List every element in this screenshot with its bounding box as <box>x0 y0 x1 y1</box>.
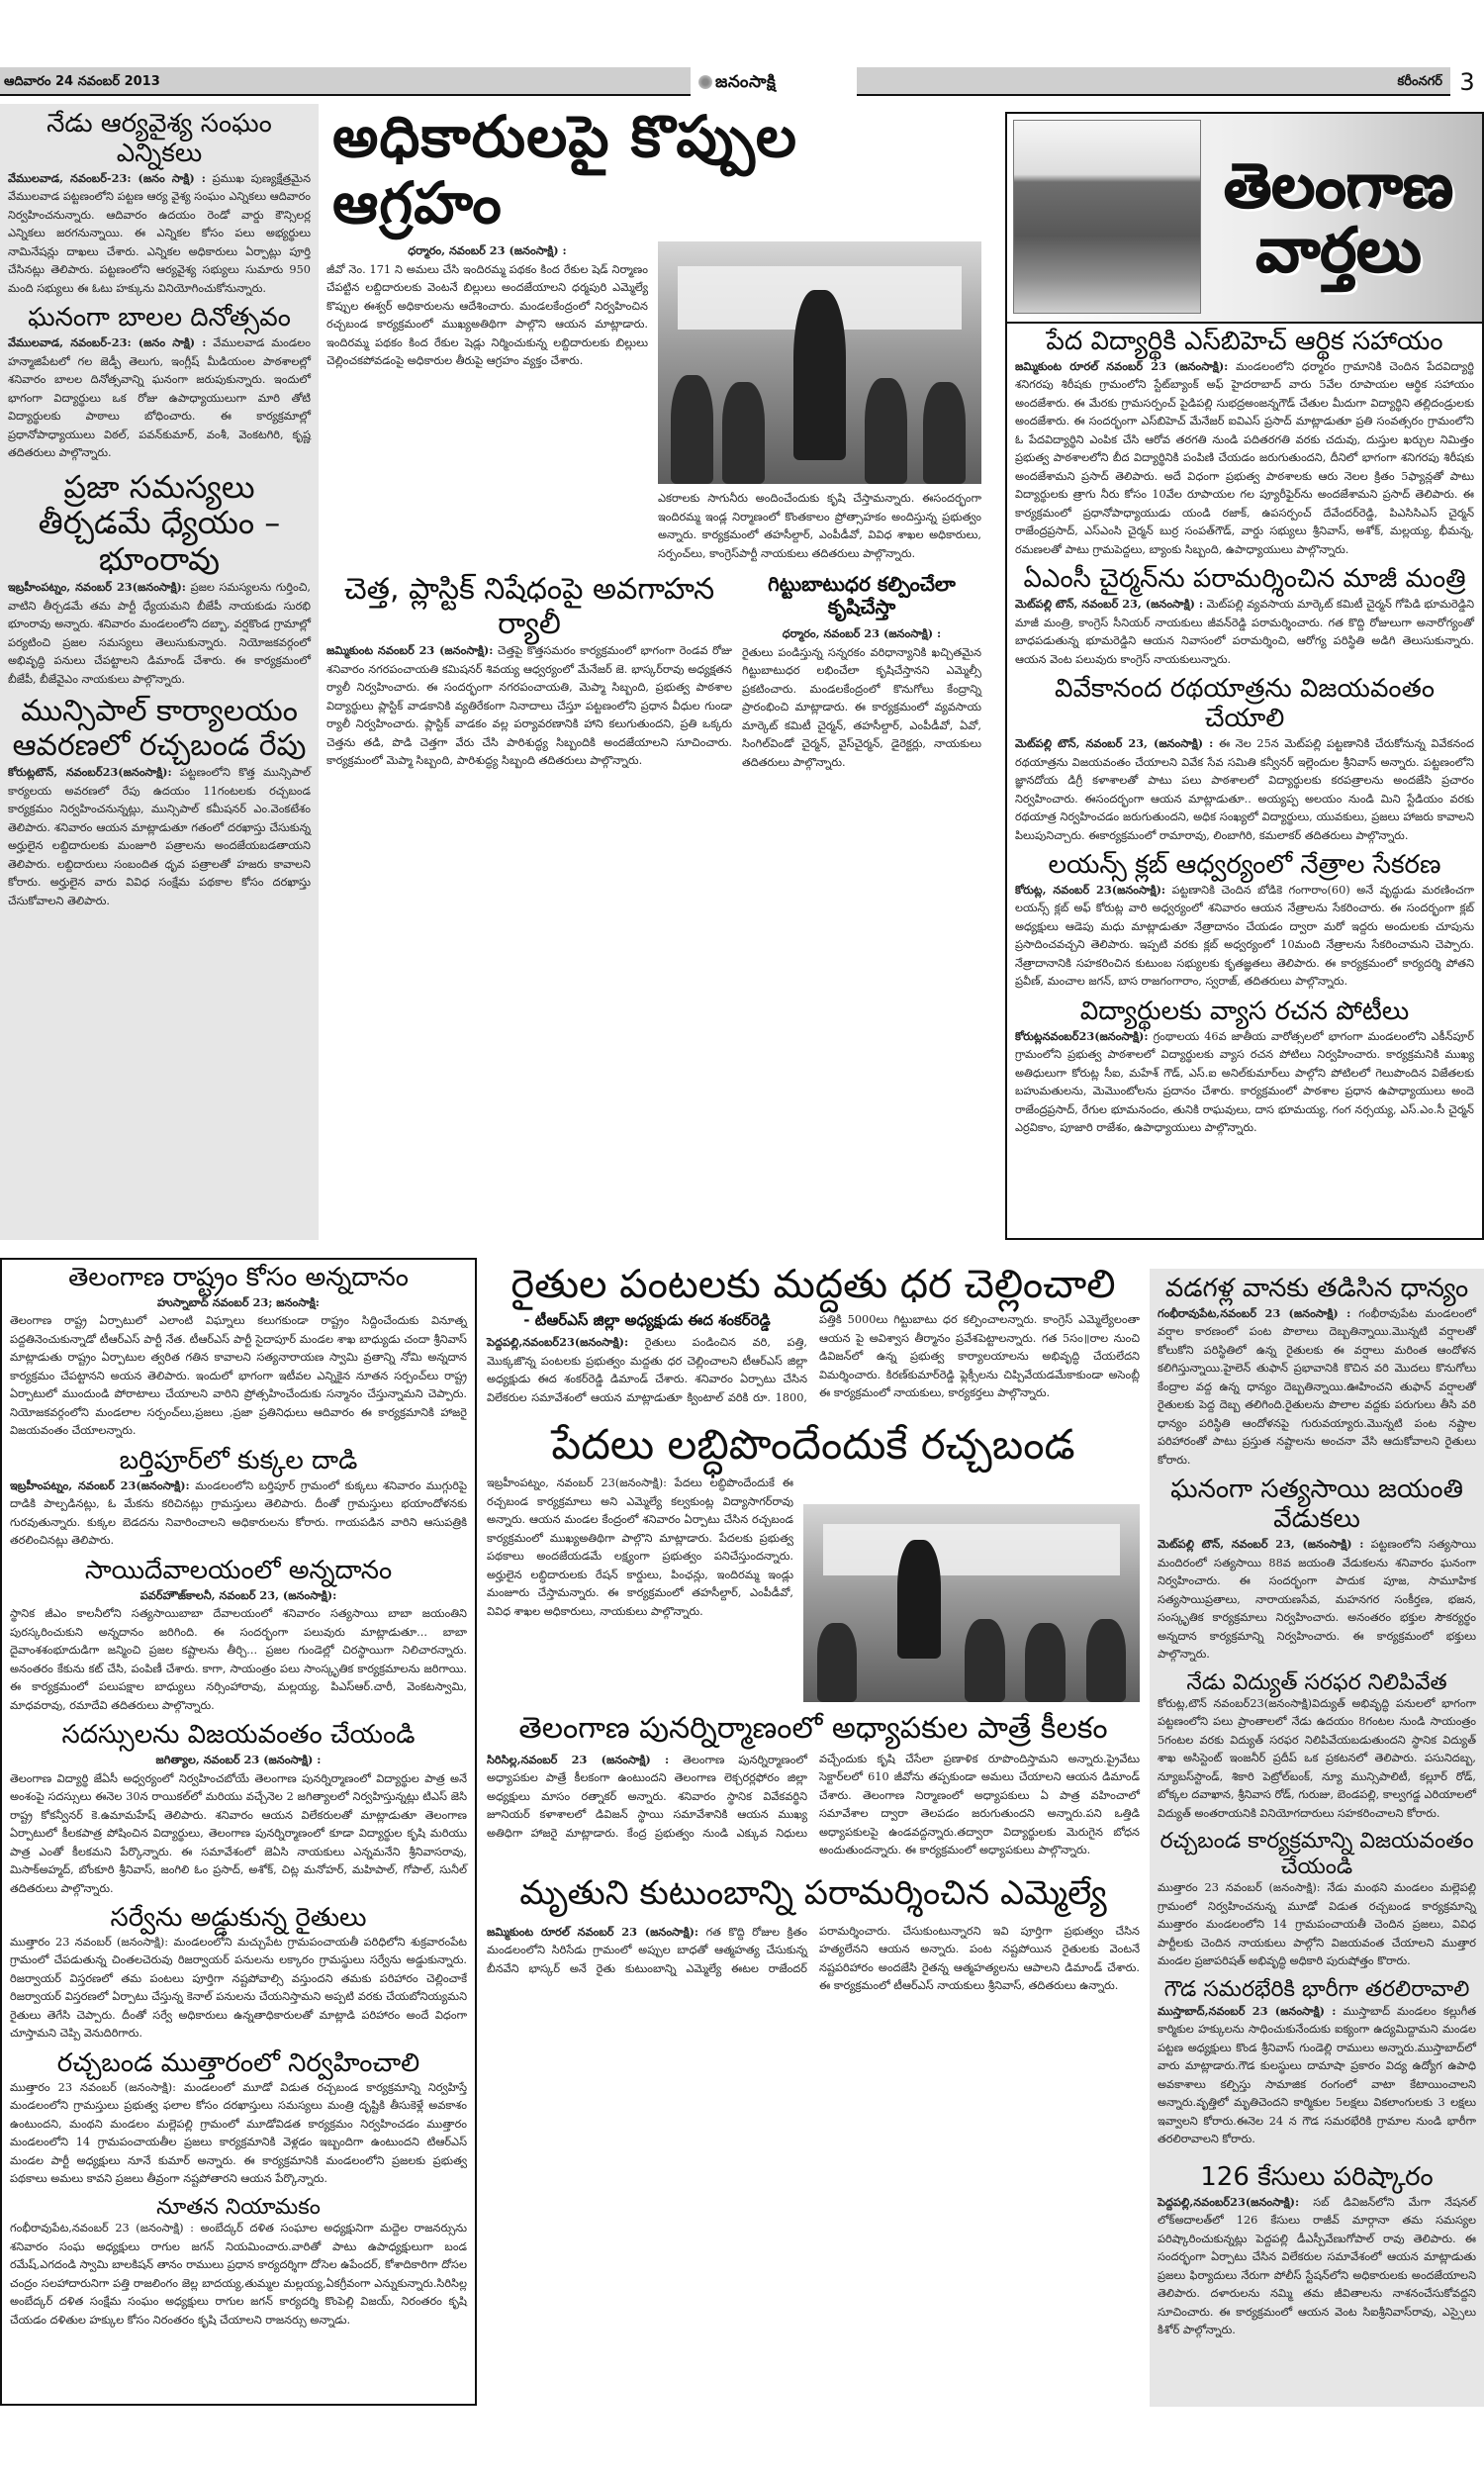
issue-date: ఆదివారం 24 నవంబర్ 2013 <box>4 74 160 92</box>
page-number: 3 <box>1450 67 1484 98</box>
news-story: పేదలు లబ్ధిపొందేందుకే రచ్చబండ ఇబ్రహీంపట్… <box>487 1421 1140 1702</box>
story-headline: రైతుల పంటలకు మద్దతు ధర చెల్లించాలి <box>487 1262 1140 1307</box>
story-body: వేములవాడ మండలం హన్మాజిపేటలో గల జెడ్పీ తె… <box>8 336 311 459</box>
story-headline: నేడు ఆర్యవైశ్య సంఘం ఎన్నికలు <box>8 110 311 169</box>
story-headline: నూతన నియామకం <box>10 2195 467 2220</box>
news-story: చెత్త, ప్లాస్టిక్ నిషేధంపై అవగాహన ర్యాలీ… <box>326 573 732 772</box>
news-story: రచ్చబండ కార్యక్రమాన్ని విజయవంతం చేయండి మ… <box>1158 1829 1476 1970</box>
news-story: తెలంగాణ పునర్నిర్మాణంలో అధ్యాపకుల పాత్రే… <box>487 1712 1140 1860</box>
story-dateline: పెద్దపల్లి,నవంబర్23(జనంసాక్షి): <box>1158 2195 1299 2209</box>
story-headline: బర్తిపూర్‌లో కుక్కల దాడి <box>10 1447 467 1476</box>
section-title-line2: వార్తలు <box>1201 218 1476 282</box>
brand-logo-icon <box>698 75 712 89</box>
story-body: మండలంలోని ధర్మారం గ్రామానికి చెందిన పేదవ… <box>1015 360 1474 556</box>
story-headline: పేద విద్యార్థికి ఎస్‌బిహెచ్ ఆర్థిక సహాయం <box>1015 328 1474 357</box>
news-story: సాయిదేవాలయంలో అన్నదానం పవర్‌హౌజ్‌కాలనీ, … <box>10 1557 467 1715</box>
story-dateline: పెద్దపల్లి,నవంబర్23(జనంసాక్షి): <box>487 1335 628 1349</box>
story-headline: మృతుని కుటుంబాన్ని పరామర్శించిన ఎమ్మెల్య… <box>487 1874 1140 1913</box>
story-body: మండలంలో మూడో విడుత రచ్చబండ కార్యక్రమాన్న… <box>10 2081 467 2186</box>
story-body: సబ్ డివిజన్‌లోని మేగా నేషనల్ లోక్‌అదాలత్… <box>1158 2196 1476 2337</box>
rachabanda-photo <box>803 1504 1140 1702</box>
story-dateline: ముత్తారం 23 నవంబర్ (జనంసాక్షి): <box>10 2081 176 2094</box>
story-headline: ఘనంగా బాలల దినోత్సవం <box>8 304 311 333</box>
story-headline: విద్యార్థులకు వ్యాస రచన పోటీలు <box>1015 998 1474 1027</box>
story-dateline: ధర్మారం, నవంబర్ 23 (జనంసాక్షి) : <box>783 626 941 640</box>
news-story: గౌడ సమరభేరికి భారీగా తరలిరావాలి ముస్తాబా… <box>1158 1977 1476 2149</box>
story-body: చెత్తపై కొత్తసమరం కార్యక్రమంలో భాగంగా రె… <box>326 644 732 767</box>
section-title-line1: తెలంగాణ <box>1201 153 1476 218</box>
story-dateline: ధర్మారం, నవంబర్ 23 (జనంసాక్షి) : <box>408 243 566 257</box>
news-story: వివేకానంద రథయాత్రను విజయవంతం చేయాలి మెట్… <box>1015 675 1474 845</box>
story-dateline: ముత్తారం 23 నవంబర్ (జనంసాక్షి): <box>10 1936 168 1949</box>
story-body: పట్టణంలోని సత్యసాయి మందిరంలో సత్యసాయి 88… <box>1158 1538 1476 1661</box>
news-story: రైతుల పంటలకు మద్దతు ధర చెల్లించాలి - టీఆ… <box>487 1262 1140 1407</box>
story-body: విద్యుత్ అభివృద్ధి పనులలో భాగంగా పట్టణంల… <box>1158 1697 1476 1820</box>
story-dateline: వేములవాడ, నవంబర్-23: (జనం సాక్షి) : <box>8 171 206 185</box>
story-dateline: జమ్మికుంట రూరల్ నవంబర్ 23 (జనంసాక్షి): <box>487 1925 698 1939</box>
story-body: ప్రముఖ పుణ్యక్షేత్రమైన వేములవాడ పట్టణంలో… <box>8 172 311 295</box>
story-dateline: గంభీరావుపేట,నవంబర్ 23 (జనంసాక్షి) : <box>10 2222 194 2235</box>
lead-headline: అధికారులపై కొప్పుల ఆగ్రహం <box>326 104 981 236</box>
story-headline: రచ్చబండ ముత్తారంలో నిర్వహించాలి <box>10 2049 467 2079</box>
news-story: ప్రజా సమస్యలు తీర్చడమే ధ్యేయం – భూంరావు … <box>8 469 311 689</box>
story-body: మండలంలోని మచ్చుపేట గ్రామపంచాయతీ పరిధిలోన… <box>10 1936 467 2041</box>
story-body: ప్రజల సమస్యలను గుర్తించి, వాటిని తీర్చడమ… <box>8 581 311 686</box>
story-body: పట్టణంలోని కొత్త మున్సిపాల్ కార్యలయ అవరణ… <box>8 766 311 907</box>
story-dateline: వేములవాడ, నవంబర్-23: (జనం సాక్షి) : <box>8 335 206 349</box>
news-story: మున్సిపాల్ కార్యాలయం ఆవరణలో రచ్చబండ రేపు… <box>8 695 311 910</box>
story-dateline: కోరుట్ల,టౌన్ నవంబర్23(జనంసాక్షి) <box>1158 1697 1312 1710</box>
story-dateline: ఇబ్రహీంపట్నం, నవంబర్ 23(జనంసాక్షి): <box>487 1476 667 1489</box>
masthead-bar: ఆదివారం 24 నవంబర్ 2013 జనంసాక్షి కరీంనగర… <box>0 67 1484 96</box>
news-story: గిట్టుబాటుధర కల్పించేలా కృషిచేస్తా ధర్మా… <box>742 573 981 772</box>
news-story: నేడు విద్యుత్ సరఫర నిలిపివేత కోరుట్ల,టౌన… <box>1158 1670 1476 1824</box>
news-story: 126 కేసులు పరిష్కారం పెద్దపల్లి,నవంబర్23… <box>1158 2163 1476 2340</box>
story-body: తెలంగాణ పునర్నిర్మాణంలో అధ్యాపకుల పాత్రే… <box>487 1753 1140 1857</box>
news-story: విద్యార్థులకు వ్యాస రచన పోటీలు కోరుట్లనవ… <box>1015 998 1474 1138</box>
bottom-right-column: వడగళ్ల వానకు తడిసిన ధాన్యం గంభీరావుపేట,న… <box>1150 1269 1484 2407</box>
bottom-left-box: తెలంగాణ రాష్ట్రం కోసం అన్నదానం హుస్నాబాద… <box>0 1258 477 2406</box>
story-dateline: ఇబ్రహీంపట్నం, నవంబర్ 23(జనంసాక్షి): <box>8 580 186 594</box>
story-headline: గిట్టుబాటుధర కల్పించేలా కృషిచేస్తా <box>742 573 981 618</box>
story-headline: ఘనంగా సత్యసాయి జయంతి వేడుకలు <box>1158 1475 1476 1535</box>
story-headline: నేడు విద్యుత్ సరఫర నిలిపివేత <box>1158 1670 1476 1695</box>
story-body: గ్రంథాలయ 46వ జాతీయ వారోత్సలలో భాగంగా మండ… <box>1015 1030 1474 1135</box>
story-subhead: - టీఆర్ఎస్ జిల్లా అధ్యక్షుడు ఈద శంకర్‌రె… <box>487 1311 807 1333</box>
news-story: ఘనంగా సత్యసాయి జయంతి వేడుకలు మెట్‌పల్లి … <box>1158 1475 1476 1664</box>
story-headline: వడగళ్ల వానకు తడిసిన ధాన్యం <box>1158 1275 1476 1304</box>
story-body: అంబేద్కర్ దళిత సంఘాల అధ్యక్షునిగా మద్దెల… <box>10 2222 467 2327</box>
story-headline: సర్వేను అడ్డుకున్న రైతులు <box>10 1904 467 1934</box>
telangana-news-box: తెలంగాణ వార్తలు పేద విద్యార్థికి ఎస్‌బిహ… <box>1005 112 1484 1240</box>
story-headline: తెలంగాణ పునర్నిర్మాణంలో అధ్యాపకుల పాత్రే… <box>487 1712 1140 1747</box>
bottom-center-section: రైతుల పంటలకు మద్దతు ధర చెల్లించాలి - టీఆ… <box>487 1262 1140 2410</box>
brand-name: జనంసాక్షి <box>715 72 776 92</box>
story-headline: వివేకానంద రథయాత్రను విజయవంతం చేయాలి <box>1015 675 1474 734</box>
edition-city: కరీంనగర్ <box>1397 74 1442 92</box>
story-dateline: గంభీరావుపేట,నవంబర్ 23 (జనంసాక్షి) : <box>1158 1306 1350 1320</box>
story-dateline: కోరుట్ల, నవంబర్ 23(జనంసాక్షి): <box>1015 883 1165 897</box>
story-body: ఎకరాలకు సాగునీరు అందించేందుకు కృషి చేస్త… <box>658 490 981 563</box>
story-body: నేడు మంథని మండలం మల్లెపల్లి గ్రామంలో నిర… <box>1158 1881 1476 1967</box>
story-dateline: మెట్‌పల్లి టౌన్, నవంబర్ 23, (జనంసాక్షి) … <box>1015 597 1203 611</box>
news-story: వడగళ్ల వానకు తడిసిన ధాన్యం గంభీరావుపేట,న… <box>1158 1275 1476 1470</box>
story-dateline: మెట్‌పల్లి టౌన్, నవంబర్ 23, (జనంసాక్షి) … <box>1015 736 1213 750</box>
news-story: ఏఎంసీ చైర్మన్‌ను పరామర్శించిన మాజీ మంత్ర… <box>1015 565 1474 669</box>
story-body: జీవో నెం. 171 ని అమలు చేసి ఇందిరమ్మ పథకం… <box>326 261 648 371</box>
top-center-section: అధికారులపై కొప్పుల ఆగ్రహం ధర్మారం, నవంబర… <box>326 104 981 1242</box>
lead-story-photo <box>658 241 981 484</box>
news-story: సర్వేను అడ్డుకున్న రైతులు ముత్తారం 23 నవ… <box>10 1904 467 2044</box>
story-headline: 126 కేసులు పరిష్కారం <box>1158 2163 1476 2193</box>
story-headline: గౌడ సమరభేరికి భారీగా తరలిరావాలి <box>1158 1977 1476 2002</box>
story-dateline: జమ్మికుంట నవంబర్ 23 (జనంసాక్షి): <box>326 643 493 657</box>
news-story: రచ్చబండ ముత్తారంలో నిర్వహించాలి ముత్తారం… <box>10 2049 467 2189</box>
newspaper-brand: జనంసాక్షి <box>691 67 857 98</box>
story-dateline: జగిత్యాల, నవంబర్ 23 (జనంసాక్షి) : <box>156 1753 322 1766</box>
story-dateline: జమ్మికుంట రూరల్ నవంబర్ 23 (జనంసాక్షి): <box>1015 359 1228 373</box>
story-dateline: ముస్తాబాద్,నవంబర్ 23 (జనంసాక్షి) : <box>1158 2004 1336 2018</box>
section-banner: తెలంగాణ వార్తలు <box>1007 114 1482 324</box>
story-body: పేదలు లబ్ధిపొందేందుకే ఈ రచ్చబండ కార్యక్ర… <box>487 1476 793 1618</box>
top-left-column: నేడు ఆర్యవైశ్య సంఘం ఎన్నికలు వేములవాడ, న… <box>0 104 319 1240</box>
story-headline: ప్రజా సమస్యలు తీర్చడమే ధ్యేయం – భూంరావు <box>8 469 311 578</box>
news-story: మృతుని కుటుంబాన్ని పరామర్శించిన ఎమ్మెల్య… <box>487 1874 1140 1996</box>
story-dateline: కోరుట్లటౌన్, నవంబర్23(జనంసాక్షి): <box>8 765 172 779</box>
story-body: ముస్తాబాద్ మండలం కల్లుగీత కార్మికుల హక్క… <box>1158 2005 1476 2146</box>
story-dateline: మెట్‌పల్లి టౌన్, నవంబర్ 23, (జనంసాక్షి) … <box>1158 1537 1363 1551</box>
news-story: నూతన నియామకం గంభీరావుపేట,నవంబర్ 23 (జనంస… <box>10 2195 467 2330</box>
news-story: బర్తిపూర్‌లో కుక్కల దాడి ఇబ్రహీంపట్నం, న… <box>10 1447 467 1551</box>
story-body: ఈ నెల 25న మెట్‌పల్లి పట్టణానికి చేరుకోను… <box>1015 737 1474 842</box>
story-headline: సాయిదేవాలయంలో అన్నదానం <box>10 1557 467 1586</box>
story-headline: పేదలు లబ్ధిపొందేందుకే రచ్చబండ <box>487 1421 1140 1469</box>
story-body: తెలంగాణ విద్యార్థి జేఏసీ అధ్వర్యంలో నిర్… <box>10 1770 467 1899</box>
story-headline: చెత్త, ప్లాస్టిక్ నిషేధంపై అవగాహన ర్యాలీ <box>326 573 732 641</box>
story-headline: మున్సిపాల్ కార్యాలయం ఆవరణలో రచ్చబండ రేపు <box>8 695 311 763</box>
story-body: స్థానిక జీఎం కాలనీలోని సత్యసాయిబాబా దేవా… <box>10 1605 467 1715</box>
story-dateline: సిరిసిల్ల,నవంబర్ 23 (జనంసాక్షి) : <box>487 1753 669 1766</box>
news-story: నేడు ఆర్యవైశ్య సంఘం ఎన్నికలు వేములవాడ, న… <box>8 110 311 298</box>
story-dateline: ఇబ్రహీంపట్నం, నవంబర్ 23(జనంసాక్షి): <box>10 1478 190 1492</box>
news-story: పేద విద్యార్థికి ఎస్‌బిహెచ్ ఆర్థిక సహాయం… <box>1015 328 1474 559</box>
news-story: తెలంగాణ రాష్ట్రం కోసం అన్నదానం హుస్నాబాద… <box>10 1264 467 1441</box>
news-story: సదస్సులను విజయవంతం చేయండి జగిత్యాల, నవంబ… <box>10 1721 467 1898</box>
story-body: తెలంగాణ రాష్ట్ర ఏర్పాటులో ఎలాంటి విఘ్నాల… <box>10 1312 467 1441</box>
story-dateline: హుస్నాబాద్ నవంబర్ 23; జనంసాక్షి: <box>157 1295 320 1309</box>
story-headline: ఏఎంసీ చైర్మన్‌ను పరామర్శించిన మాజీ మంత్ర… <box>1015 565 1474 595</box>
story-dateline: కోరుట్లనవంబర్23(జనంసాక్షి): <box>1015 1029 1149 1043</box>
fort-photo <box>1013 120 1201 314</box>
story-dateline: పవర్‌హౌజ్‌కాలనీ, నవంబర్ 23, (జనంసాక్షి): <box>140 1588 337 1602</box>
story-headline: తెలంగాణ రాష్ట్రం కోసం అన్నదానం <box>10 1264 467 1293</box>
story-headline: లయన్స్ క్లబ్ ఆధ్వర్యంలో నేత్రాల సేకరణ <box>1015 851 1474 881</box>
story-body: గంభీరావుపేట మండలంలో వర్షాల కారణంలో పంట ప… <box>1158 1307 1476 1467</box>
story-headline: సదస్సులను విజయవంతం చేయండి <box>10 1721 467 1751</box>
story-body: రైతులు పండిస్తున్న సన్నరకం వరిధాన్యానికి… <box>742 644 981 773</box>
news-story: ఘనంగా బాలల దినోత్సవం వేములవాడ, నవంబర్-23… <box>8 304 311 462</box>
news-story: లయన్స్ క్లబ్ ఆధ్వర్యంలో నేత్రాల సేకరణ కో… <box>1015 851 1474 992</box>
story-dateline: ముత్తారం 23 నవంబర్ (జనంసాక్షి): <box>1158 1881 1321 1894</box>
story-body: పట్టణానికి చెందిన బోడికె గంగారాం(60) అనే… <box>1015 884 1474 989</box>
story-headline: రచ్చబండ కార్యక్రమాన్ని విజయవంతం చేయండి <box>1158 1829 1476 1879</box>
